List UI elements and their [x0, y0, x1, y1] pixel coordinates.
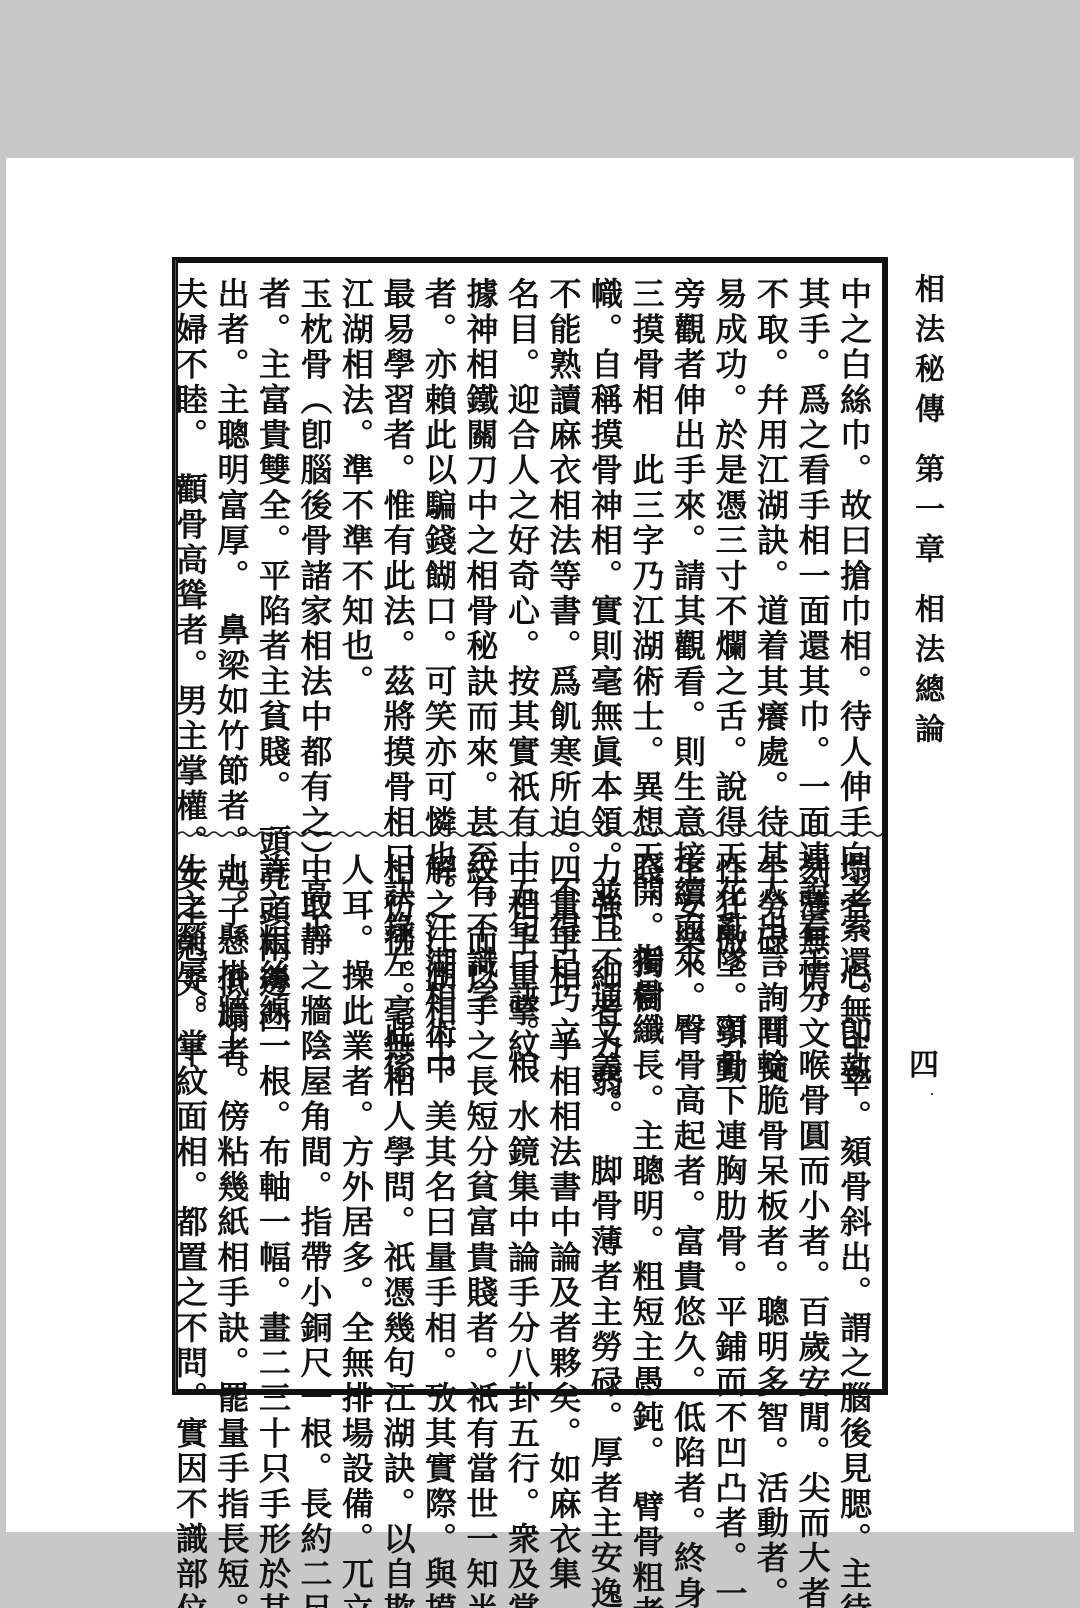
text-frame: 中之白絲巾。故曰搶巾相。待人伸手向之索還。卽執其手。爲之看手相一面還其巾。一面連… — [172, 257, 888, 1395]
upper-text-column: 中之白絲巾。故曰搶巾相。待人伸手向之索還。卽執 — [833, 277, 875, 825]
chapter-number: 第一章 — [909, 453, 944, 573]
lower-text-column: 生之榮辱。掌紋面相。都置之不問。實因不識部位紋 — [169, 853, 211, 1393]
lower-text-column: 相彷彿。毫無相人學問。祇憑幾句江湖訣。以自欺欺 — [376, 853, 418, 1393]
section-title: 相法總論 — [909, 593, 944, 753]
lower-text-column: 四量手相 手相相法書中論及者夥矣。如麻衣集 — [542, 853, 584, 1393]
upper-text-column: 名目。迎合人之好奇心。按其實祇有十五句口訣。根 — [501, 277, 543, 825]
lower-text-column: 力強。細者力弱。 脚骨薄者主勞碌。厚者主安逸。 — [584, 853, 626, 1393]
upper-text-column: 夫婦不睦。 顴骨高聳者。男主掌權。女主剋夫。平 — [169, 277, 211, 825]
upper-text-column: 者。亦賴此以騙錢餬口。可笑亦可憐也。江湖相術中 — [418, 277, 460, 825]
upper-text-column: 據神相鐵關刀中之相骨秘訣而來。甚至有不識字 — [459, 277, 501, 825]
upper-text-column: 者。主富貴雙全。平陷者主貧賤。 頭亮頭兩邊凸 — [252, 277, 294, 825]
upper-text-column: 最易學習者。惟有此法。茲將摸骨相口訣錄左。此係 — [376, 277, 418, 825]
wavy-line-icon — [178, 829, 882, 839]
lower-text-column: 生安樂。 臀骨高起者。富貴悠久。低陷者。終身貧 — [667, 853, 709, 1393]
lower-text-column: 性狂傲。 頸骨下連胸肋骨。平鋪而不凹凸者。一 — [708, 853, 750, 1393]
lower-text-column: 中相手重掌紋。水鏡集中論手分八卦五行。衆及掌 — [501, 853, 543, 1393]
running-head: 相法秘傳第一章相法總論 — [906, 273, 946, 753]
upper-text-column: 出者。主聰明富厚。 鼻梁如竹節者。剋子。低塌者 — [210, 277, 252, 825]
lower-text-column: 賤。 指骨纖長。主聰明。粗短主愚鈍。 臂骨粗者 — [625, 853, 667, 1393]
lower-text-column: 紋。而以手之長短分貧富貴賤者。祇有當世一知半 — [459, 853, 501, 1393]
lower-text-column: 中取靜之牆陰屋角間。指帶小銅尺一根。長約二尺 — [293, 853, 335, 1393]
wavy-divider — [178, 829, 882, 839]
lower-text-column: 生勞碌。 耳輪脆骨呆板者。聰明多智。活動者。生 — [750, 853, 792, 1393]
print-speck — [931, 1093, 933, 1095]
upper-text-column: 幟。自稱摸骨神相。實則毫無眞本領。並且不通文義。 — [584, 277, 626, 825]
lower-text-column: 塌者。心無主宰。頦骨斜出。謂之腦後見腮。主待人 — [833, 853, 875, 1393]
upper-text-block: 中之白絲巾。故曰搶巾相。待人伸手向之索還。卽執其手。爲之看手相一面還其巾。一面連… — [178, 277, 882, 825]
upper-text-column: 其手。爲之看手相一面還其巾。一面連說看手分文 — [791, 277, 833, 825]
upper-text-column: 不能熟讀麻衣相法等書。爲飢寒所迫。不得已巧立 — [542, 277, 584, 825]
lower-text-column: 解之江湖相士。美其名曰量手相。攷其實際。與摸骨 — [418, 853, 460, 1393]
upper-text-column: 江湖相法。準不準不知也。 — [335, 277, 377, 825]
lower-text-block: 塌者。心無主宰。頦骨斜出。謂之腦後見腮。主待人刻薄無情。 喉骨圓而小者。百歲安閒… — [178, 853, 882, 1393]
upper-text-column: 玉枕骨（卽腦後骨諸家相法中都有之）高正 — [293, 277, 335, 825]
lower-text-column: 上。懸掛牆上。傍粘幾紙相手訣。罷量手指長短。定一 — [210, 853, 252, 1393]
scanned-page: 相法秘傳第一章相法總論 四 中之白絲巾。故曰搶巾相。待人伸手向之索還。卽執其手。… — [6, 158, 1074, 1532]
upper-text-column: 易成功。於是憑三寸不爛之舌。說得天花亂墜。引動 — [708, 277, 750, 825]
lower-text-column: 許之粗絲線一根。布軸一幅。畫二三十只手形於其 — [252, 853, 294, 1393]
upper-text-column: 不取。幷用江湖訣。道着其癢處。待其人出言詢問交 — [750, 277, 792, 825]
upper-text-column: 三摸骨相 此三字乃江湖術士。異想天開。獨樹一 — [625, 277, 667, 825]
lower-text-column: 刻薄無情。 喉骨圓而小者。百歲安閒。尖而大者。一 — [791, 853, 833, 1393]
upper-text-column: 旁觀者伸出手來。請其觀看。則生意接續而來。 — [667, 277, 709, 825]
page-number: 四 — [909, 1040, 939, 1084]
book-title: 相法秘傳 — [909, 273, 944, 433]
lower-text-column: 人耳。操此業者。方外居多。全無排場設備。兀立於鬧 — [335, 853, 377, 1393]
